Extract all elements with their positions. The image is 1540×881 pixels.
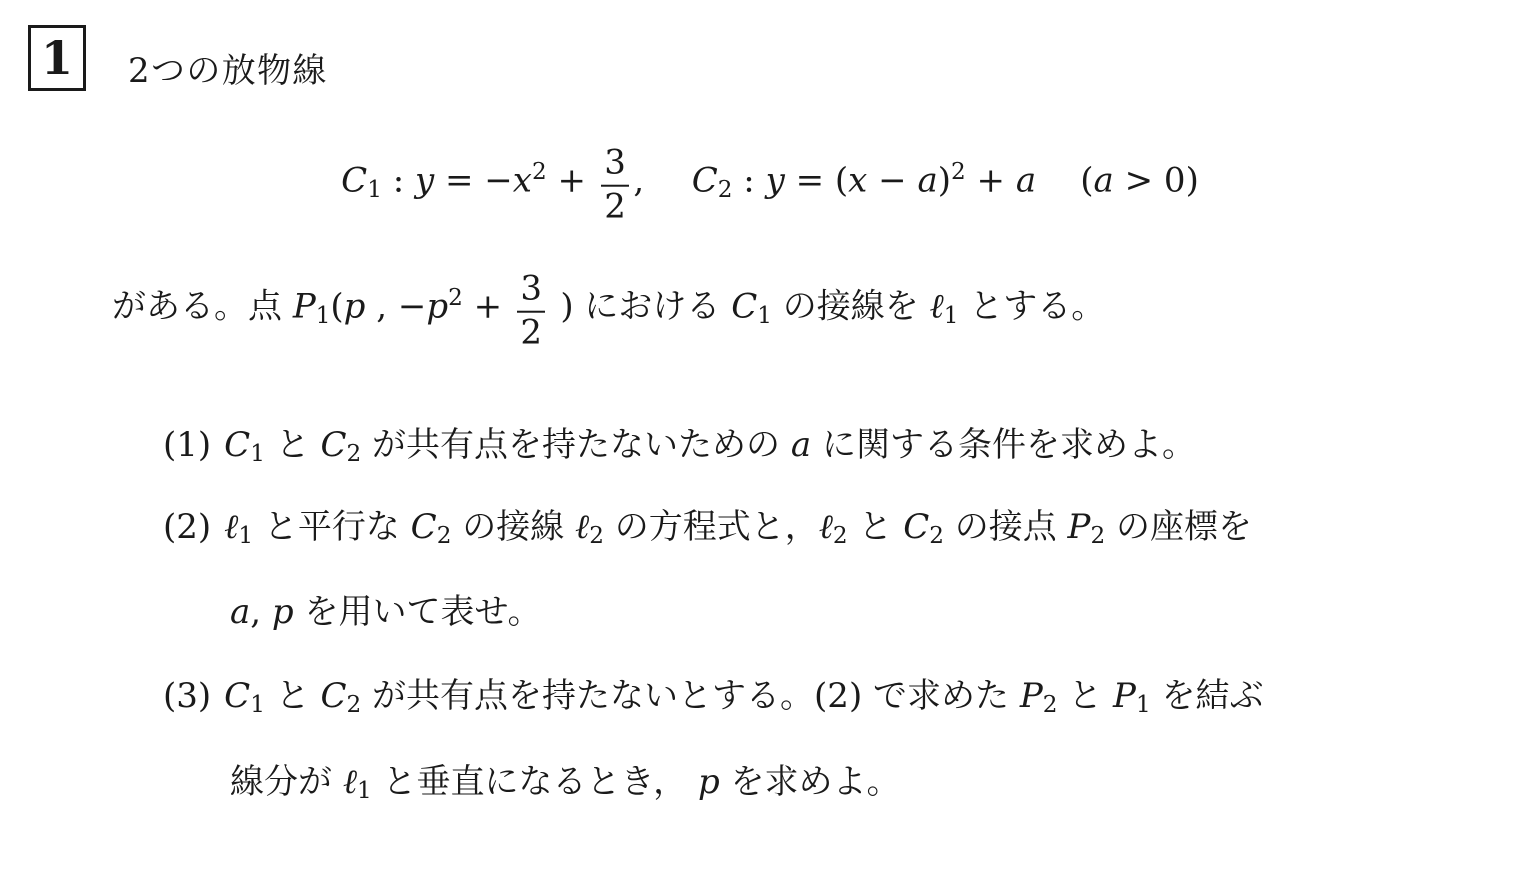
equation-math: C1 : y = −x2 + 32,C2 : y = (x − a)2 + a(… <box>341 143 1199 222</box>
item-3-label: (3) <box>163 676 211 716</box>
item-2-line-2: a, p を用いて表せ。 <box>230 589 541 635</box>
item-3-line-2: 線分が ℓ1 と垂直になるとき， p を求めよ。 <box>230 759 901 814</box>
intro-text: 2つの放物線 <box>128 51 328 91</box>
item-2-line-1: (2)ℓ1 と平行な C2 の接線 ℓ2 の方程式と，ℓ2 と C2 の接点 P… <box>163 504 1252 559</box>
item-1-text: C1 と C2 が共有点を持たないための a に関する条件を求めよ。 <box>224 425 1196 465</box>
item-1-label: (1) <box>163 425 211 465</box>
item-1: (1)C1 と C2 が共有点を持たないための a に関する条件を求めよ。 <box>163 422 1196 477</box>
problem-number: 1 <box>41 31 73 85</box>
lead-math: がある。点 P1(p , −p2 + 32 ) における C1 の接線を ℓ1 … <box>112 269 1105 348</box>
item-3-text-line-2: 線分が ℓ1 と垂直になるとき， p を求めよ。 <box>230 762 901 802</box>
item-2-text-line-2: a, p を用いて表せ。 <box>230 592 541 632</box>
lead-sentence: がある。点 P1(p , −p2 + 32 ) における C1 の接線を ℓ1 … <box>112 266 1105 352</box>
problem-number-box: 1 <box>28 25 86 91</box>
item-3-line-1: (3)C1 と C2 が共有点を持たないとする。(2) で求めた P2 と P1… <box>163 673 1263 728</box>
display-equation: C1 : y = −x2 + 32,C2 : y = (x − a)2 + a(… <box>0 140 1540 226</box>
item-2-label: (2) <box>163 507 211 547</box>
item-2-text-line-1: ℓ1 と平行な C2 の接線 ℓ2 の方程式と，ℓ2 と C2 の接点 P2 の… <box>224 507 1252 547</box>
item-3-text-line-1: C1 と C2 が共有点を持たないとする。(2) で求めた P2 と P1 を結… <box>224 676 1263 716</box>
